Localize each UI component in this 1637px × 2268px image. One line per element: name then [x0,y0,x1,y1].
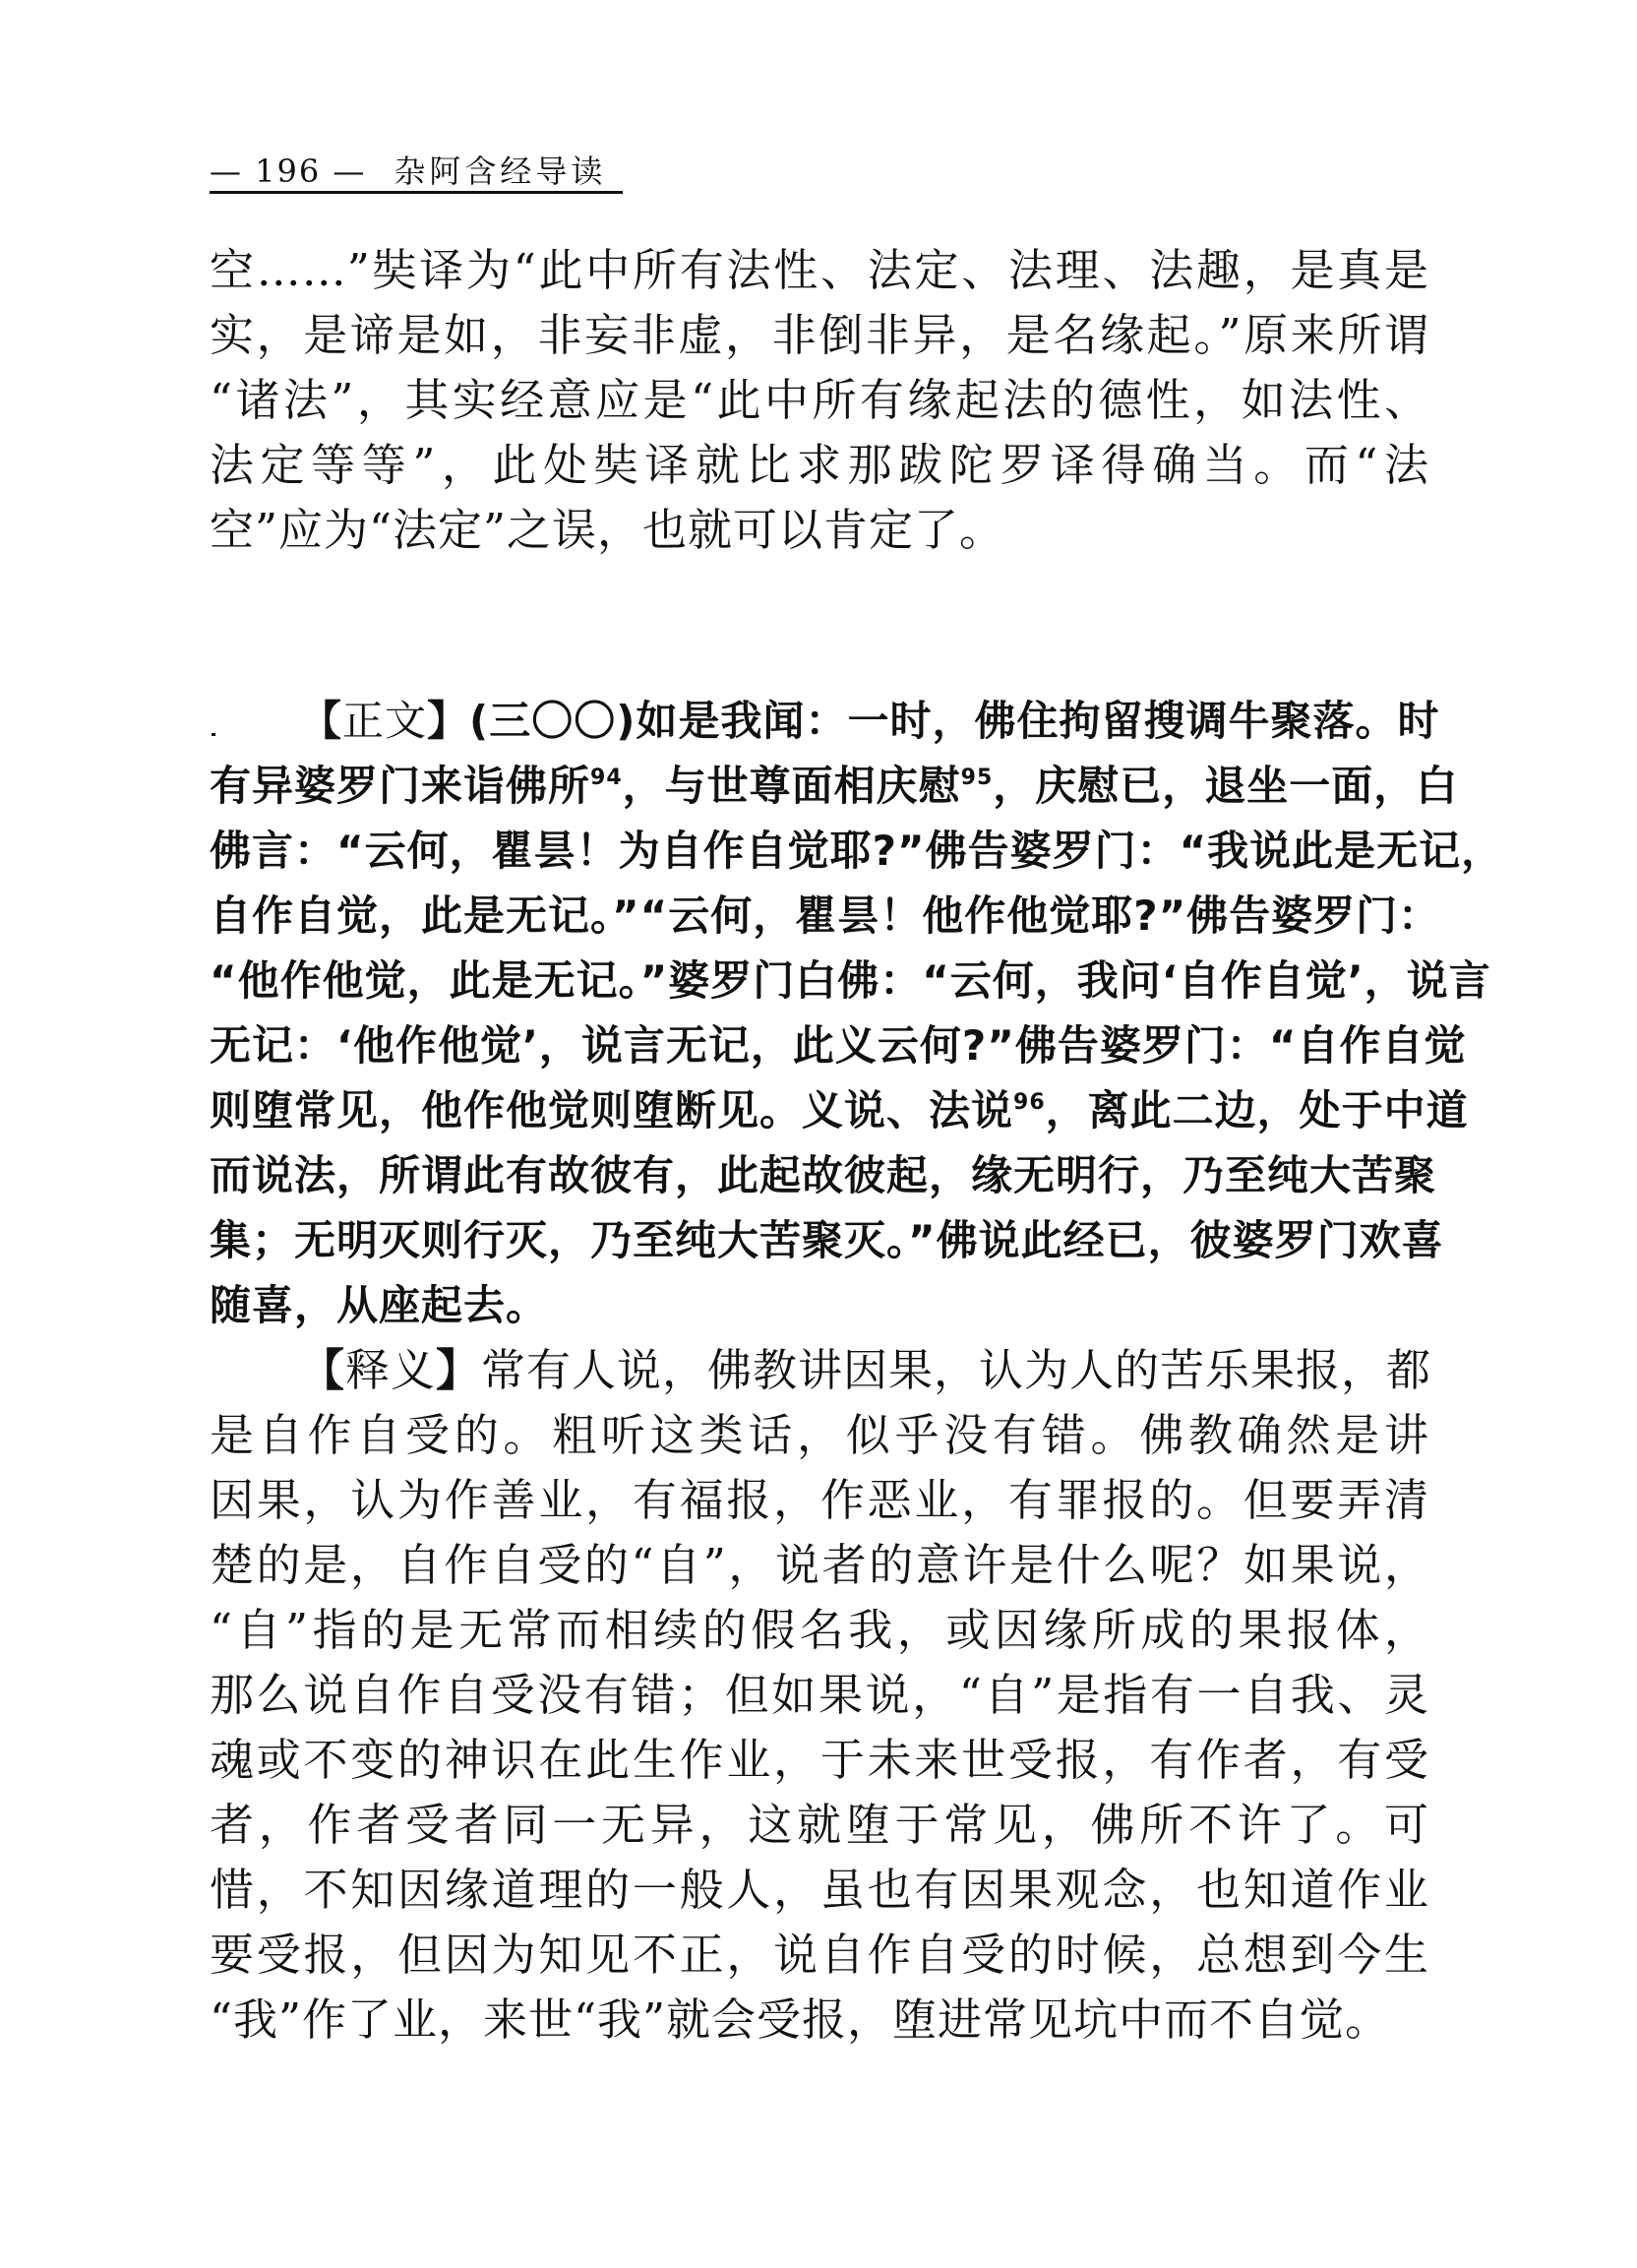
footnote-ref-96[interactable]: 96 [1013,1090,1046,1115]
text-line: 而说法，所谓此有故彼有，此起故彼起，缘无明行，乃至纯大苦聚 [210,1143,1429,1208]
running-header: — 196 — 杂阿含经导读 [210,146,623,194]
text-line: 那么说自作自受没有错；但如果说，“自”是指有一自我、灵 [210,1663,1429,1728]
section-label-shiyi: 【释义】 [300,1344,481,1396]
text-line: “自”指的是无常而相续的假名我，或因缘所成的果报体， [210,1598,1429,1663]
text-line: 有异婆罗门来诣佛所94，与世尊面相庆慰95，庆慰已，退坐一面，白 [210,754,1429,819]
text-line: 佛言：“云何，瞿昙！为自作自觉耶?”佛告婆罗门：“我说此是无记， [210,819,1429,884]
section-label-zhengwen: 【正文】 [300,697,469,745]
text-line: 因果，认为作善业，有福报，作恶业，有罪报的。但要弄清 [210,1468,1429,1533]
text-line: “诸法”，其实经意应是“此中所有缘起法的德性，如法性、 [210,368,1429,433]
footnote-ref-94[interactable]: 94 [590,766,623,790]
text-line: 者，作者受者同一无异，这就堕于常见，佛所不许了。可 [210,1793,1429,1858]
text-line: 空”应为“法定”之误，也就可以肯定了。 [210,498,1429,563]
text-line: 要受报，但因为知见不正，说自作自受的时候，总想到今生 [210,1923,1429,1988]
text-line: 【正文】(三〇〇)如是我闻：一时，佛住拘留搜调牛聚落。时 [210,689,1429,754]
footnote-ref-95[interactable]: 95 [961,766,994,790]
commentary-paragraph-continued: 空……”奘译为“此中所有法性、法定、法理、法趣，是真是 实，是谛是如，非妄非虚，… [210,238,1429,563]
text-line: 自作自觉，此是无记。”“云何，瞿昙！他作他觉耶?”佛告婆罗门： [210,884,1429,949]
text-line: 实，是谛是如，非妄非虚，非倒非异，是名缘起。”原来所谓 [210,303,1429,368]
text-line: 【释义】常有人说，佛教讲因果，认为人的苦乐果报，都 [210,1338,1429,1403]
text-line: 魂或不变的神识在此生作业，于未来世受报，有作者，有受 [210,1728,1429,1793]
page-number: — 196 — [210,152,366,191]
text-line: 空……”奘译为“此中所有法性、法定、法理、法趣，是真是 [210,238,1429,303]
text-line: 随喜，从座起去。 [210,1273,1429,1338]
text-line: 则堕常见，他作他觉则堕断见。义说、法说96，离此二边，处于中道 [210,1078,1429,1143]
book-title: 杂阿含经导读 [394,152,606,191]
text-line: 是自作自受的。粗听这类话，似乎没有错。佛教确然是讲 [210,1403,1429,1468]
text-line: 法定等等”，此处奘译就比求那跋陀罗译得确当。而“法 [210,433,1429,498]
explanation-section: 【释义】常有人说，佛教讲因果，认为人的苦乐果报，都 是自作自受的。粗听这类话，似… [210,1338,1429,2053]
text-line: “我”作了业，来世“我”就会受报，堕进常见坑中而不自觉。 [210,1988,1429,2053]
text-line: 楚的是，自作自受的“自”，说者的意许是什么呢？如果说， [210,1533,1429,1598]
text-line: 无记：‘他作他觉’，说言无记，此义云何?”佛告婆罗门：“自作自觉 [210,1013,1429,1078]
text-line: 集；无明灭则行灭，乃至纯大苦聚灭。”佛说此经已，彼婆罗门欢喜 [210,1208,1429,1273]
text-line: “他作他觉，此是无记。”婆罗门白佛：“云何，我问‘自作自觉’，说言 [210,949,1429,1013]
text-line: 惜，不知因缘道理的一般人，虽也有因果观念，也知道作业 [210,1858,1429,1923]
sutra-text-section: 【正文】(三〇〇)如是我闻：一时，佛住拘留搜调牛聚落。时 有异婆罗门来诣佛所94… [210,689,1429,1338]
